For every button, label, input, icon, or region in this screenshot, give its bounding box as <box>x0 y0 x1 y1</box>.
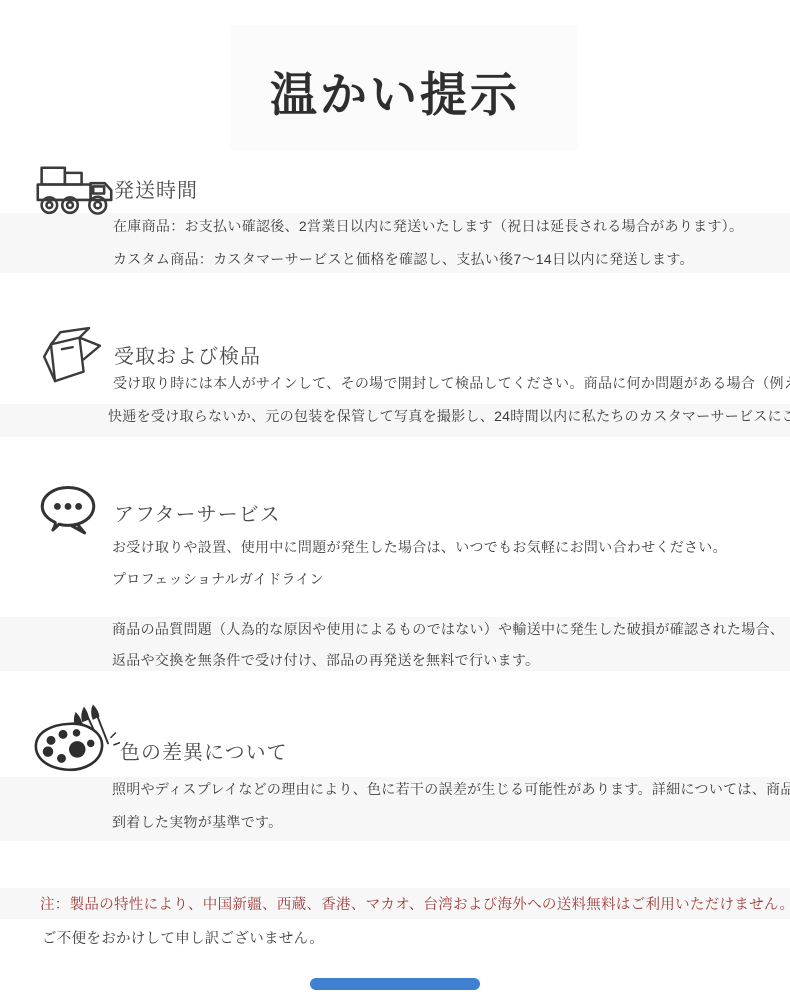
box-icon <box>34 324 106 397</box>
page-title: 温かい提示 <box>0 58 790 125</box>
after-service-line: 商品の品質問題（人為的な原因や使用によるものではない）や輸送中に発生した破損が確… <box>112 620 784 638</box>
section-heading-shipping-time: 発送時間 <box>114 174 198 203</box>
color-difference-line: 照明やディスプレイなどの理由により、色に若干の誤差が生じる可能性があります。詳細… <box>112 780 790 798</box>
receipt-inspection-line: 受け取り時には本人がサインして、その場で開封して検品してください。商品に何か問題… <box>113 374 790 392</box>
warm-reminder-page: 温かい提示 発送時間 在庫商品：お支払い確認後、2営業日以内に発送いたします（祝… <box>0 0 790 994</box>
palette-icon <box>30 704 120 781</box>
color-difference-line: 到着した実物が基準です。 <box>112 813 282 831</box>
shipping-time-line: 在庫商品：お支払い確認後、2営業日以内に発送いたします（祝日は延長される場合があ… <box>113 217 743 235</box>
section-heading-receipt-inspection: 受取および検品 <box>114 340 261 369</box>
shipping-time-line: カスタム商品：カスタマーサービスと価格を確認し、支払い後7〜14日以内に発送しま… <box>113 250 694 268</box>
after-service-line: 返品や交換を無条件で受け付け、部品の再発送を無料で行います。 <box>112 651 539 669</box>
after-service-line: お受け取りや設置、使用中に問題が発生した場合は、いつでもお気軽にお問い合わせくだ… <box>112 538 727 556</box>
shipping-restriction-note: 注：製品の特性により、中国新疆、西蔵、香港、マカオ、台湾および海外への送料無料は… <box>40 893 790 914</box>
bottom-accent-bar <box>310 978 480 990</box>
chat-bubble-icon <box>36 483 100 544</box>
section-heading-after-service: アフターサービス <box>114 498 281 527</box>
apology-note: ご不便をおかけして申し訳ございません。 <box>42 927 324 948</box>
after-service-line: プロフェッショナルガイドライン <box>112 570 324 588</box>
section-heading-color-difference: 色の差異について <box>120 736 288 765</box>
truck-icon <box>32 160 117 223</box>
receipt-inspection-line: 快逓を受け取らないか、元の包装を保管して写真を撮影し、24時間以内に私たちのカス… <box>108 407 790 425</box>
